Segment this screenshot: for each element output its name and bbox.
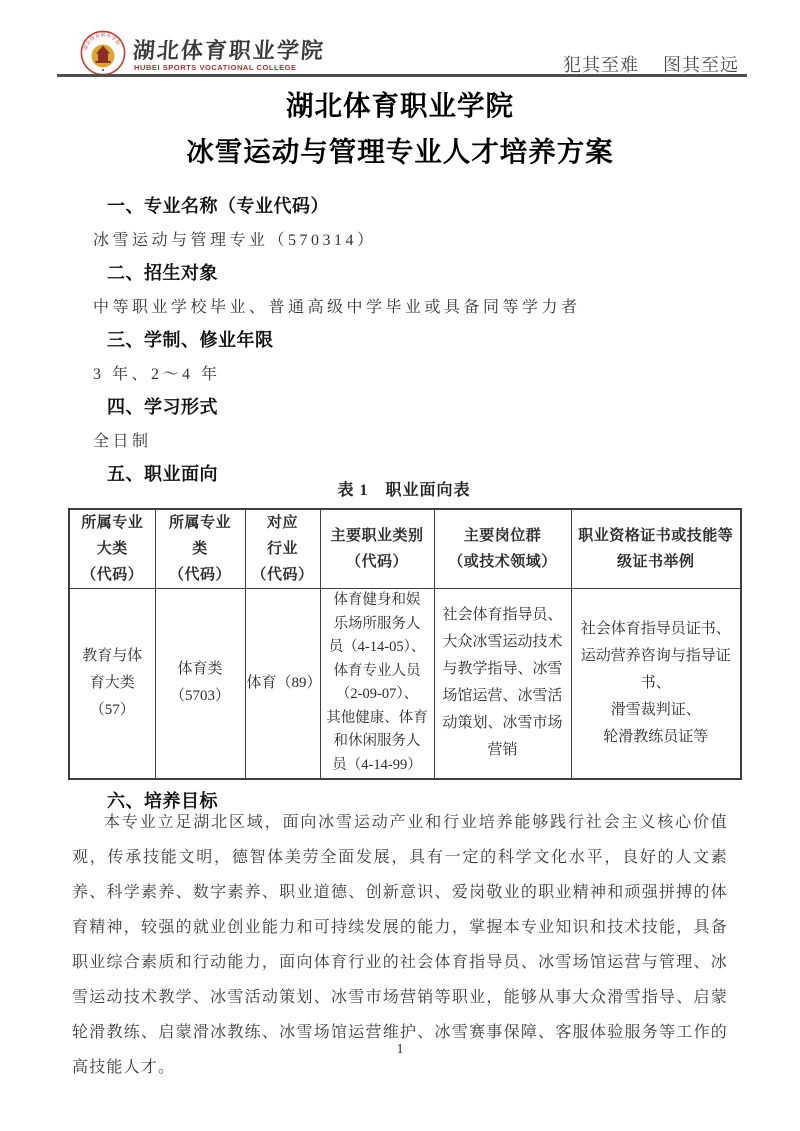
col-header-certificates: 职业资格证书或技能等 级证书举例 bbox=[571, 509, 741, 589]
college-name-en: HUBEI SPORTS VOCATIONAL COLLEGE bbox=[134, 63, 297, 72]
section-body-1: 冰雪运动与管理专业（570314） bbox=[93, 224, 728, 258]
cell-post-group: 社会体育指导员、 大众冰雪运动技术 与教学指导、冰雪 场馆运营、冰雪活 动策划、… bbox=[434, 589, 571, 779]
doc-title-line2: 冰雪运动与管理专业人才培养方案 bbox=[0, 136, 800, 168]
section-body-4: 全日制 bbox=[93, 425, 728, 459]
col-header-post-group: 主要岗位群 （或技术领域） bbox=[434, 509, 571, 589]
cell-industry: 体育（89） bbox=[245, 589, 320, 779]
cell-major-class: 体育类 （5703） bbox=[155, 589, 245, 779]
col-header-major-category: 所属专业 大类 （代码） bbox=[69, 509, 155, 589]
document-page: 湖北体育职业学院 湖北体育职业学院 HUBEI SPORTS VOCATIONA… bbox=[0, 0, 800, 1131]
college-name-zh: 湖北体育职业学院 bbox=[132, 34, 326, 65]
slogan-right: 图其至远 bbox=[663, 55, 739, 75]
col-header-industry: 对应 行业 （代码） bbox=[245, 509, 320, 589]
college-seal-icon: 湖北体育职业学院 bbox=[80, 30, 126, 76]
cell-major-category: 教育与体 育大类 （57） bbox=[69, 589, 155, 779]
col-header-major-class: 所属专业 类 （代码） bbox=[155, 509, 245, 589]
table-caption: 表 1 职业面向表 bbox=[68, 479, 740, 503]
section-heading-2: 二、招生对象 bbox=[107, 257, 728, 291]
section-body-2: 中等职业学校毕业、普通高级中学毕业或具备同等学力者 bbox=[93, 291, 728, 325]
section-heading-4: 四、学习形式 bbox=[107, 391, 728, 425]
header-divider bbox=[57, 74, 747, 77]
slogan-left: 犯其至难 bbox=[563, 55, 639, 75]
section-body-3: 3 年、2～4 年 bbox=[93, 358, 728, 392]
section-heading-1: 一、专业名称（专业代码） bbox=[107, 190, 728, 224]
table-header-row: 所属专业 大类 （代码） 所属专业 类 （代码） 对应 行业 （代码） 主要职业… bbox=[69, 509, 741, 589]
cell-certificates: 社会体育指导员证书、 运动营养咨询与指导证 书、 滑雪裁判证、 轮滑教练员证等 bbox=[571, 589, 741, 779]
table-row: 教育与体 育大类 （57） 体育类 （5703） 体育（89） 体育健身和娱 乐… bbox=[69, 589, 741, 779]
page-number: 1 bbox=[0, 1042, 800, 1058]
college-logo: 湖北体育职业学院 bbox=[80, 30, 126, 76]
career-orientation-table: 所属专业 大类 （代码） 所属专业 类 （代码） 对应 行业 （代码） 主要职业… bbox=[68, 508, 742, 780]
doc-title-line1: 湖北体育职业学院 bbox=[0, 90, 800, 122]
col-header-occupation-type: 主要职业类别 （代码） bbox=[320, 509, 434, 589]
section-heading-3: 三、学制、修业年限 bbox=[107, 324, 728, 358]
cell-occupation-type: 体育健身和娱 乐场所服务人 员（4-14-05）、 体育专业人员 （2-09-0… bbox=[320, 589, 434, 779]
sections-block: 一、专业名称（专业代码） 冰雪运动与管理专业（570314） 二、招生对象 中等… bbox=[72, 190, 728, 492]
